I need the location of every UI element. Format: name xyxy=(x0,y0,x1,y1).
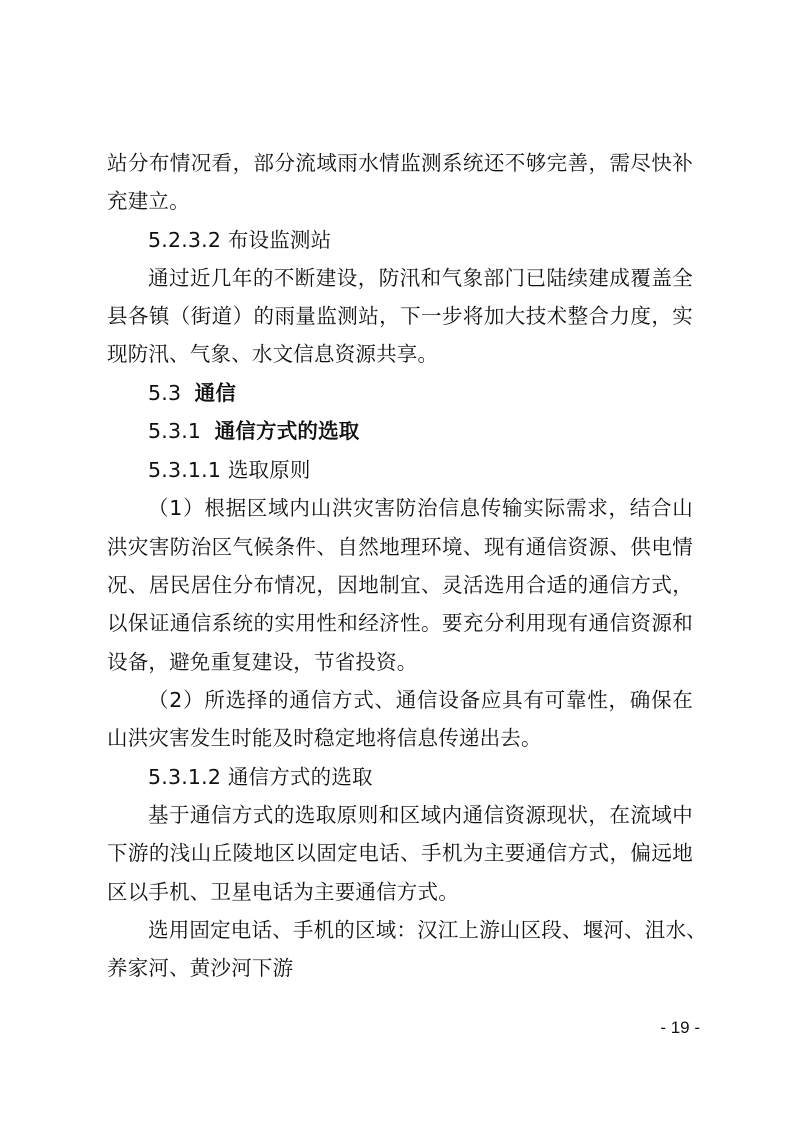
section-heading-5-3-1-2: 5.3.1.2 通信方式的选取 xyxy=(148,758,693,796)
paragraph-line: 下游的浅山丘陵地区以固定电话、手机为主要通信方式，偏远地 xyxy=(107,834,693,872)
section-heading-5-3: 5.3 通信 xyxy=(148,374,693,412)
paragraph-line: 现防汛、气象、水文信息资源共享。 xyxy=(107,335,693,373)
paragraph-line: （2）所选择的通信方式、通信设备应具有可靠性，确保在 xyxy=(148,681,693,719)
section-heading-5-2-3-2: 5.2.3.2 布设监测站 xyxy=(148,221,693,259)
page-number: - 19 - xyxy=(640,1016,700,1040)
section-heading-5-3-1: 5.3.1 通信方式的选取 xyxy=(148,412,693,450)
paragraph-line: （1）根据区域内山洪灾害防治信息传输实际需求，结合山 xyxy=(148,489,693,527)
paragraph-line: 养家河、黄沙河下游 xyxy=(107,949,693,987)
paragraph-line: 山洪灾害发生时能及时稳定地将信息传递出去。 xyxy=(107,719,693,757)
heading-title: 通信 xyxy=(195,381,236,405)
paragraph-line: 洪灾害防治区气候条件、自然地理环境、现有通信资源、供电情 xyxy=(107,528,693,566)
heading-number: 5.3.1 xyxy=(148,419,201,443)
paragraph-line: 况、居民居住分布情况，因地制宜、灵活选用合适的通信方式， xyxy=(107,566,693,604)
paragraph-line: 以保证通信系统的实用性和经济性。要充分利用现有通信资源和 xyxy=(107,604,693,642)
paragraph-line: 充建立。 xyxy=(107,182,693,220)
paragraph-line: 设备，避免重复建设，节省投资。 xyxy=(107,643,693,681)
heading-title: 通信方式的选取 xyxy=(215,419,360,443)
paragraph-line: 县各镇（街道）的雨量监测站，下一步将加大技术整合力度，实 xyxy=(107,297,693,335)
paragraph-line: 站分布情况看，部分流域雨水情监测系统还不够完善，需尽快补 xyxy=(107,144,693,182)
paragraph-line: 通过近几年的不断建设，防汛和气象部门已陆续建成覆盖全 xyxy=(148,259,693,297)
heading-number: 5.3 xyxy=(148,381,181,405)
paragraph-line: 基于通信方式的选取原则和区域内通信资源现状，在流域中 xyxy=(148,796,693,834)
paragraph-line: 选用固定电话、手机的区域：汉江上游山区段、堰河、沮水、 xyxy=(148,911,693,949)
paragraph-line: 区以手机、卫星电话为主要通信方式。 xyxy=(107,873,693,911)
section-heading-5-3-1-1: 5.3.1.1 选取原则 xyxy=(148,451,693,489)
document-page: 站分布情况看，部分流域雨水情监测系统还不够完善，需尽快补 充建立。 5.2.3.… xyxy=(0,0,793,1122)
